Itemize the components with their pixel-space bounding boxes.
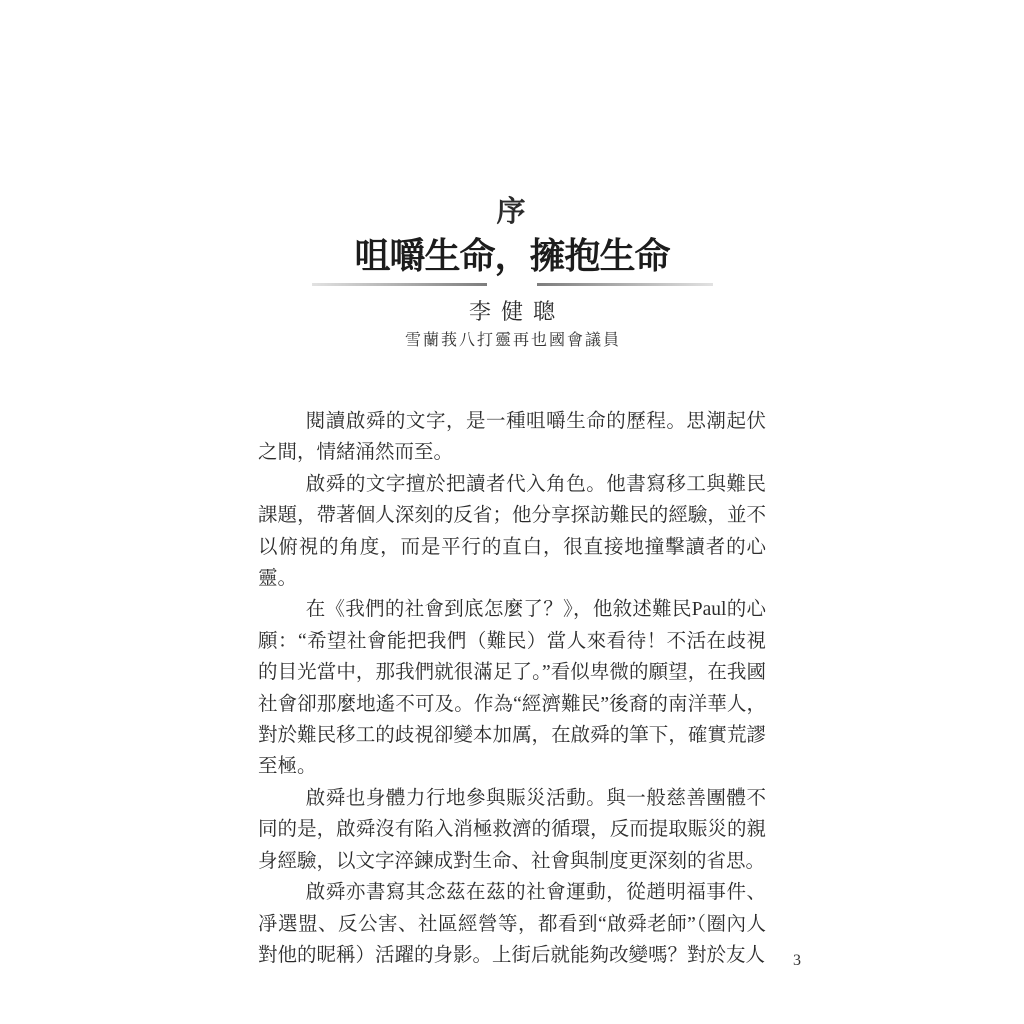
rule-right-segment [537, 283, 713, 286]
paragraph-1: 閱讀啟舜的文字，是一種咀嚼生命的歷程。思潮起伏之間，情緒涌然而至。 [258, 406, 766, 469]
preface-body: 閱讀啟舜的文字，是一種咀嚼生命的歷程。思潮起伏之間，情緒涌然而至。 啟舜的文字擅… [258, 406, 766, 971]
author-title: 雪蘭莪八打靈再也國會議員 [0, 327, 1024, 350]
book-page: 序 咀嚼生命，擁抱生命 李健聰 雪蘭莪八打靈再也國會議員 閱讀啟舜的文字，是一種… [0, 0, 1024, 1024]
decorative-rule [312, 283, 713, 286]
paragraph-4: 啟舜也身體力行地參與賑災活動。與一般慈善團體不同的是，啟舜沒有陷入消極救濟的循環… [258, 783, 766, 877]
rule-center-gap [487, 283, 537, 286]
paragraph-5: 啟舜亦書寫其念茲在茲的社會運動，從趙明福事件、凈選盟、反公害、社區經營等，都看到… [258, 877, 766, 971]
paragraph-3: 在《我們的社會到底怎麼了？》，他敘述難民Paul的心願：“希望社會能把我們（難民… [258, 594, 766, 782]
paragraph-2: 啟舜的文字擅於把讀者代入角色。他書寫移工與難民課題，帶著個人深刻的反省；他分享探… [258, 469, 766, 595]
page-number: 3 [767, 952, 827, 970]
section-title: 序 [0, 189, 1024, 230]
rule-left-segment [312, 283, 487, 286]
chapter-title: 咀嚼生命，擁抱生命 [0, 228, 1024, 279]
author-name: 李健聰 [0, 295, 1024, 326]
